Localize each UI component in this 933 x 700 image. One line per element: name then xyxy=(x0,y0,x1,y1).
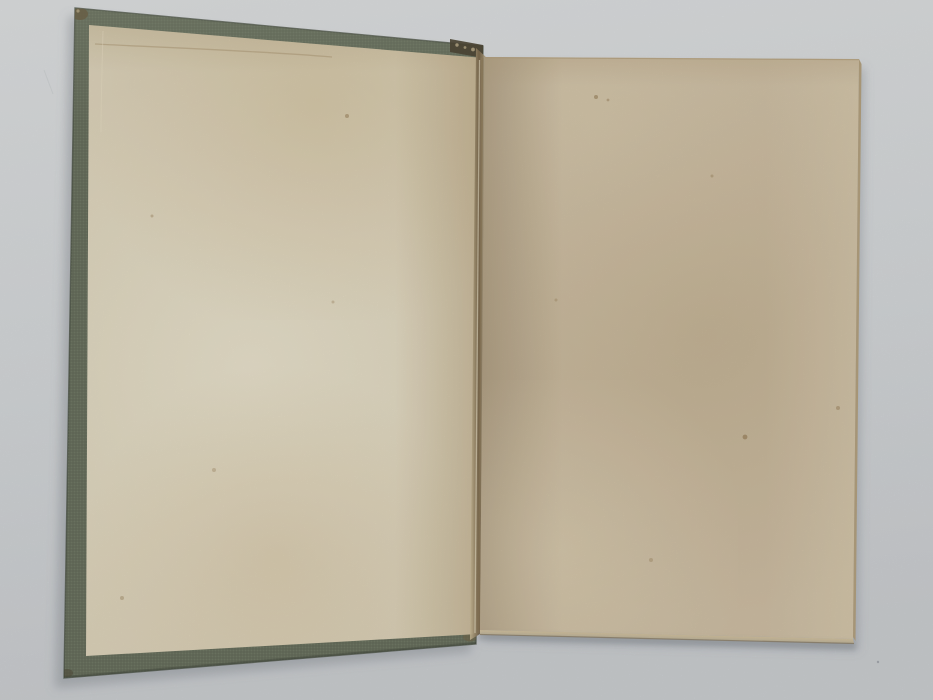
photo-canvas xyxy=(0,0,933,700)
photo-grain-overlay xyxy=(0,0,933,700)
book-photo xyxy=(0,0,933,700)
